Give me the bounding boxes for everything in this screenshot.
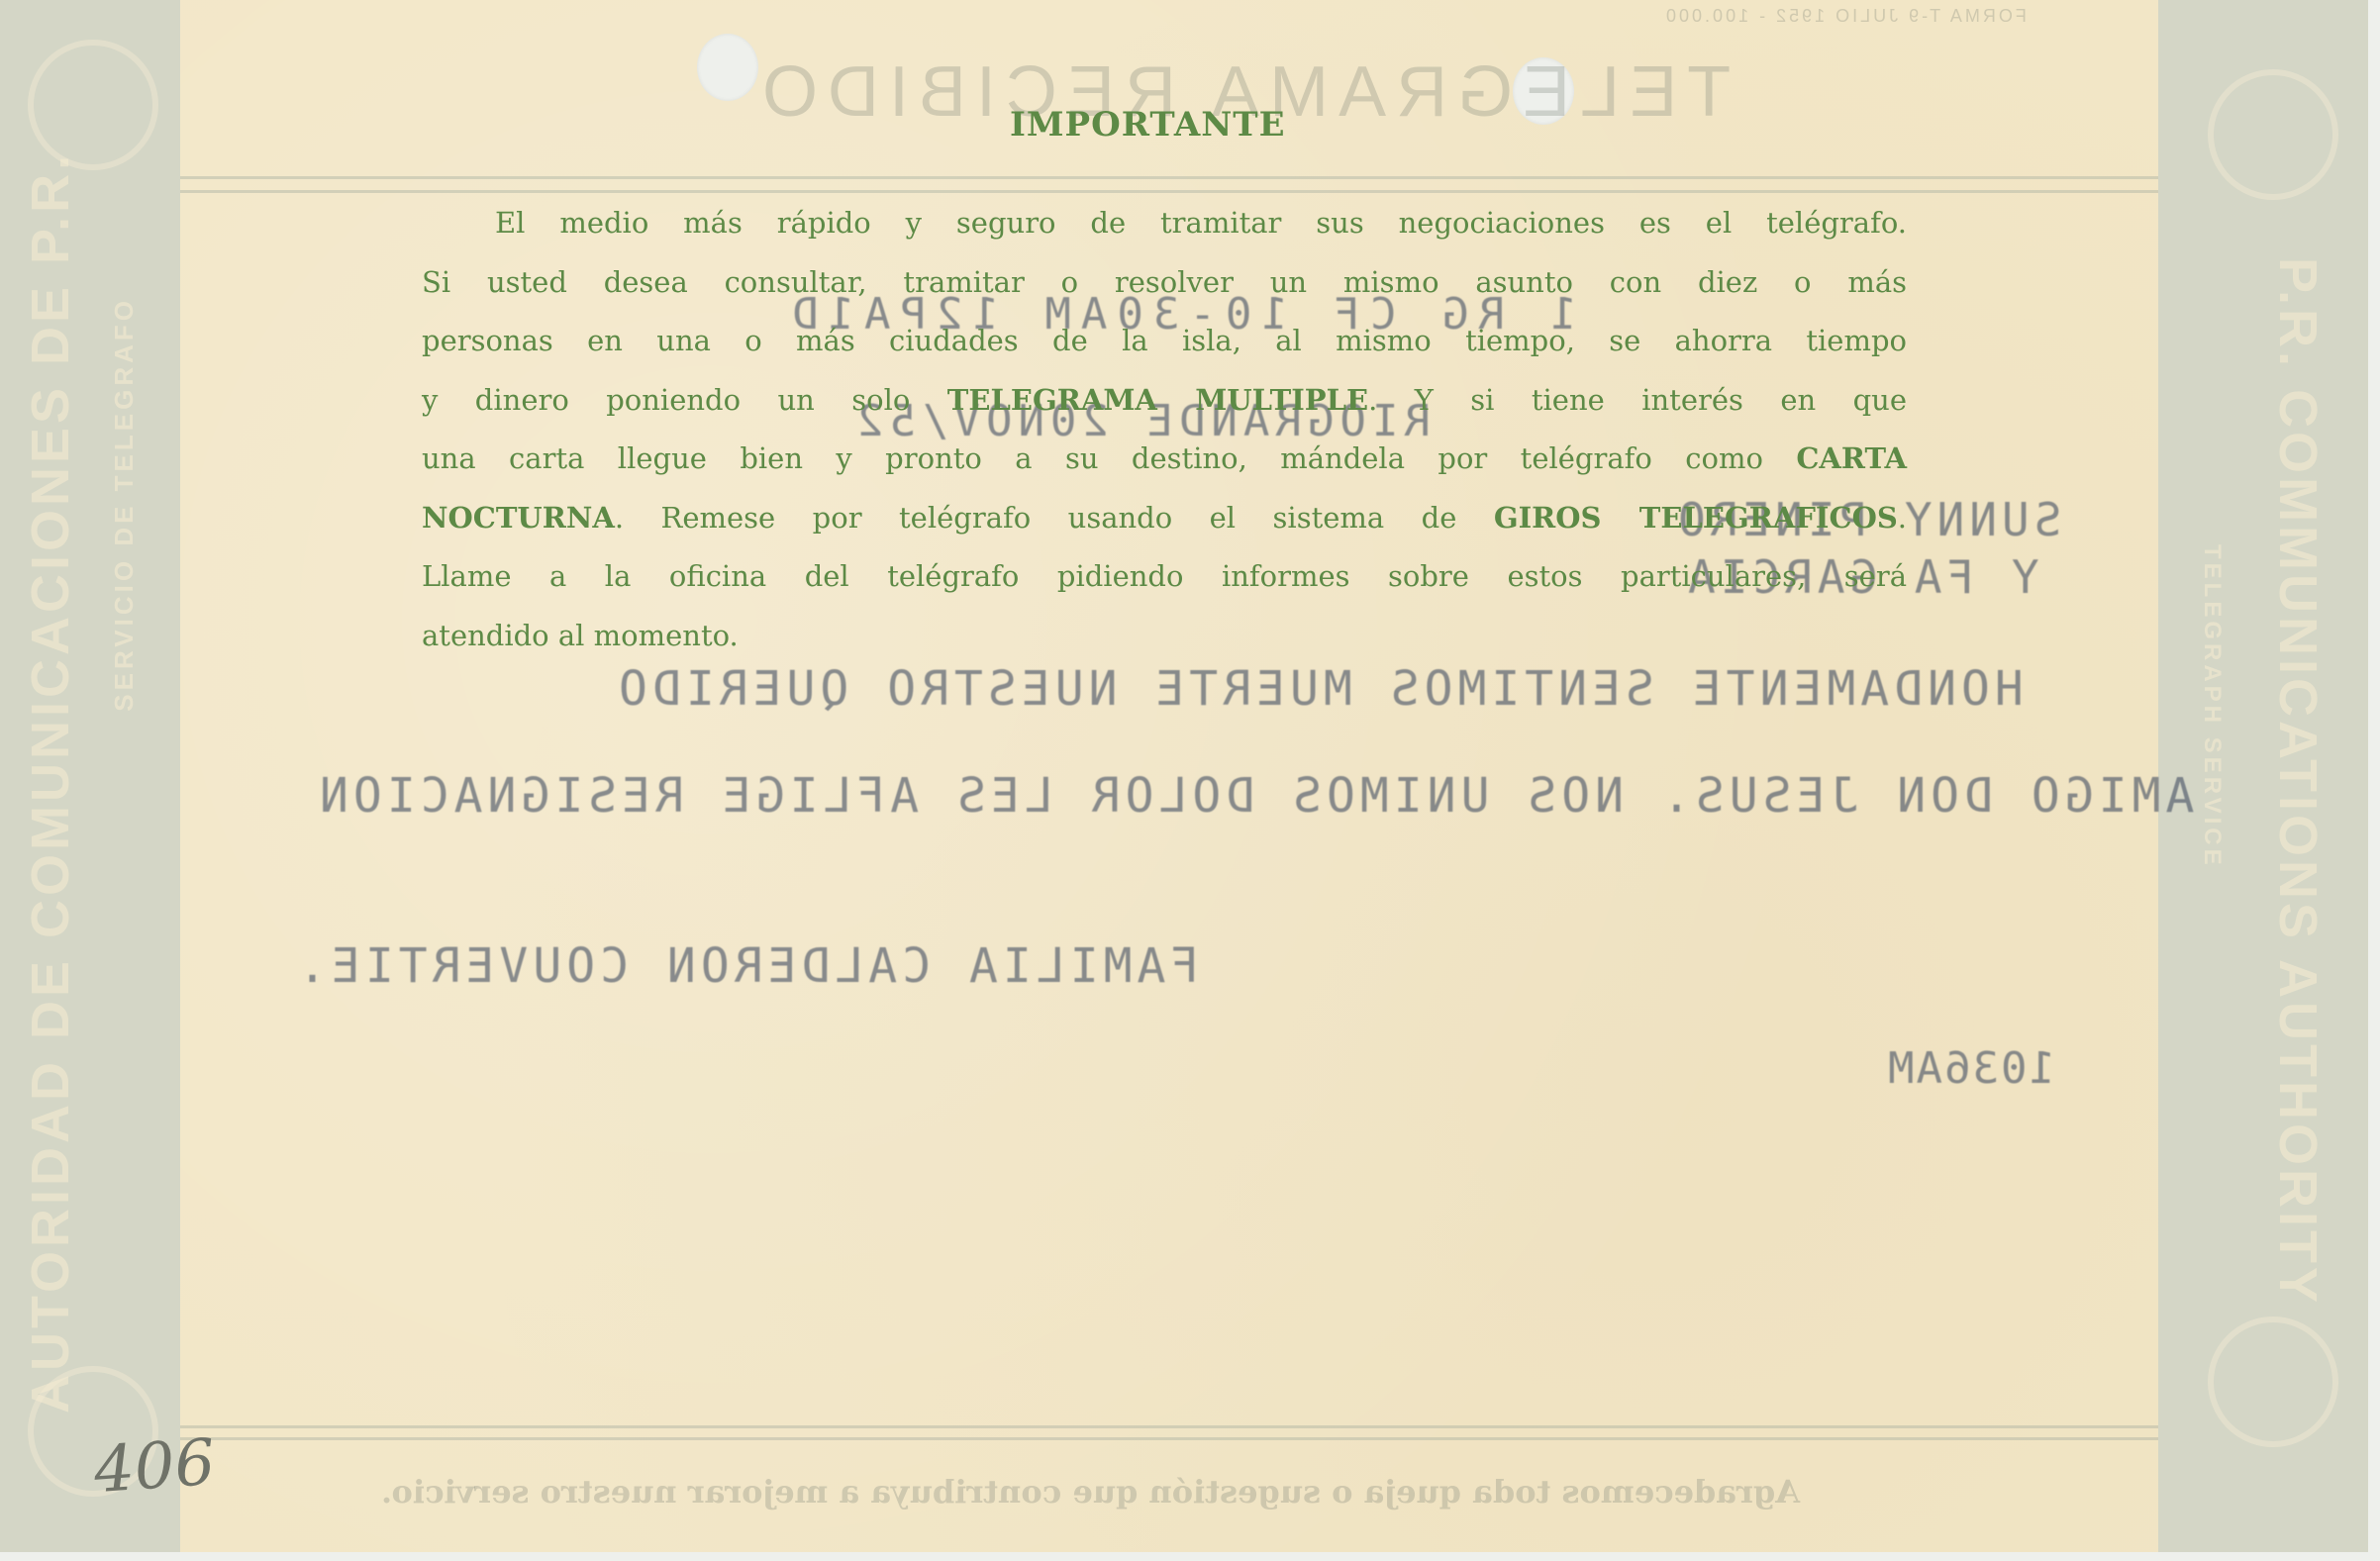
bleed-through-message-line-3: FAMILIA CALDERON COUVERTIE. (293, 938, 1199, 994)
nocturna-term: NOCTURNA (422, 501, 615, 535)
handwritten-number: 406 (92, 1426, 218, 1508)
seal-emblem-icon (2208, 69, 2338, 200)
telegram-paper: AUTORIDAD DE COMUNICACIONES DE P.R. SERV… (0, 0, 2368, 1552)
right-band-subtitle: TELEGRAPH SERVICE (2198, 544, 2226, 869)
importante-paragraph: El medio más rápido y seguro de tramitar… (422, 194, 1907, 665)
header-rule (180, 176, 2158, 179)
bleed-through-time-received: 1036AM (1886, 1043, 2055, 1094)
bleed-through-message-line-2: AMIGO DON JESUS. NOS UNIMOS DOLOR LES AF… (315, 768, 2194, 824)
left-side-band: AUTORIDAD DE COMUNICACIONES DE P.R. SERV… (0, 0, 180, 1552)
paragraph-line: NOCTURNA. Remese por telégrafo usando el… (422, 489, 1907, 548)
paragraph-line: y dinero poniendo un solo TELEGRAMA MULT… (422, 371, 1907, 431)
paragraph-line: atendido al momento. (422, 607, 1907, 666)
paragraph-line: Llame a la oficina del telégrafo pidiend… (422, 547, 1907, 607)
left-band-subtitle: SERVICIO DE TELEGRAFO (109, 297, 140, 712)
page-title: IMPORTANTE (1010, 105, 1286, 145)
paragraph-line: Si usted desea consultar, tramitar o res… (422, 253, 1907, 313)
bleed-through-message-line-1: HONDAMENTE SENTIMOS MUERTE NUESTRO QUERI… (614, 661, 2024, 717)
footer-rule (180, 1437, 2158, 1440)
header-rule (180, 190, 2158, 193)
seal-emblem-icon (2208, 1317, 2338, 1447)
paragraph-line: El medio más rápido y seguro de tramitar… (422, 194, 1907, 253)
footer-rule (180, 1425, 2158, 1428)
left-band-title: AUTORIDAD DE COMUNICACIONES DE P.R. (20, 139, 81, 1425)
right-band-title: P.R. COMMUNICATIONS AUTHORITY (2267, 238, 2329, 1326)
giros-telegraficos-term: GIROS TELEGRAFICOS (1494, 501, 1898, 535)
paragraph-line: personas en una o más ciudades de la isl… (422, 312, 1907, 371)
telegrama-multiple-term: TELEGRAMA MULTIPLE (947, 383, 1368, 417)
bleed-through-footer-note: Agradecemos toda queja o sugestión que c… (381, 1473, 1800, 1511)
carta-term: CARTA (1796, 441, 1907, 475)
paragraph-line: una carta llegue bien y pronto a su dest… (422, 430, 1907, 489)
punch-hole (697, 34, 758, 101)
bleed-through-form-number: FORMA T-9 JULIO 1952 - 100.000 (1663, 6, 2027, 27)
